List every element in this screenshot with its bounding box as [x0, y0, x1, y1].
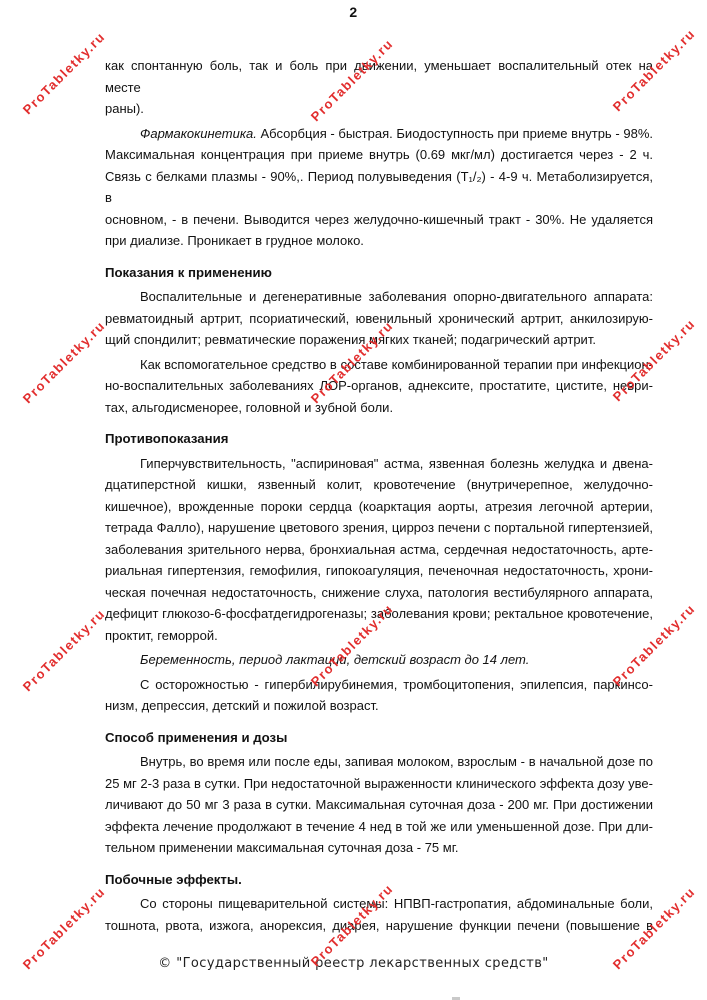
section-heading: Способ применения и дозы [105, 727, 653, 749]
text-line: Со стороны пищеварительной системы: НПВП… [105, 893, 653, 915]
text-line: С осторожностью - гипербилирубинемия, тр… [105, 674, 653, 696]
text-line: но-воспалительных заболеваниях ЛОР-орган… [105, 375, 653, 397]
text-line: низм, депрессия, детский и пожилой возра… [105, 695, 653, 717]
paragraph: как спонтанную боль, так и боль при движ… [105, 55, 653, 120]
paragraph: Воспалительные и дегенеративные заболева… [105, 286, 653, 351]
paragraph: Как вспомогательное средство в составе к… [105, 354, 653, 419]
section-heading: Противопоказания [105, 428, 653, 450]
text-line: основном, - в печени. Выводится через же… [105, 209, 653, 231]
page-number: 2 [0, 4, 707, 20]
footer-copyright: © "Государственный реестр лекарственных … [0, 956, 707, 971]
text-line: Связь с белками плазмы - 90%,. Период по… [105, 166, 653, 209]
text-line: дцатиперстной кишки, язвенный колит, кро… [105, 474, 653, 496]
text-line: Внутрь, во время или после еды, запивая … [105, 751, 653, 773]
text-line: Как вспомогательное средство в составе к… [105, 354, 653, 376]
text-line: тах, альгодисменорее, головной и зубной … [105, 397, 653, 419]
watermark: ProTabletky.ru [20, 318, 108, 406]
watermark: ProTabletky.ru [20, 606, 108, 694]
document-page: 2 как спонтанную боль, так и боль при дв… [0, 0, 707, 1000]
text-line: личивают до 50 мг 3 раза в сутки. Максим… [105, 794, 653, 816]
text-line: Воспалительные и дегенеративные заболева… [105, 286, 653, 308]
text-line: заболевания зрительного нерва, бронхиаль… [105, 539, 653, 561]
text-line: кишечное), врожденные пороки сердца (коа… [105, 496, 653, 518]
paragraph: Фармакокинетика. Абсорбция - быстрая. Би… [105, 123, 653, 252]
text-line: ревматоидный артрит, псориатический, юве… [105, 308, 653, 330]
text-line: дефицит глюкозо-6-фосфатдегидрогеназы; з… [105, 603, 653, 625]
paragraph: С осторожностью - гипербилирубинемия, тр… [105, 674, 653, 717]
paragraph: Со стороны пищеварительной системы: НПВП… [105, 893, 653, 936]
paragraph: Гиперчувствительность, "аспириновая" аст… [105, 453, 653, 647]
text-line: проктит, геморрой. [105, 625, 653, 647]
text-line: Фармакокинетика. Абсорбция - быстрая. Би… [105, 123, 653, 145]
text-line: Гиперчувствительность, "аспириновая" аст… [105, 453, 653, 475]
text-line: тошнота, рвота, изжога, анорексия, диаре… [105, 915, 653, 937]
text-line: 25 мг 2-3 раза в сутки. При недостаточно… [105, 773, 653, 795]
section-heading: Показания к применению [105, 262, 653, 284]
text-line: тетрада Фалло), нарушение цветового зрен… [105, 517, 653, 539]
text-line: ческая почечная недостаточность, снижени… [105, 582, 653, 604]
paragraph: Внутрь, во время или после еды, запивая … [105, 751, 653, 859]
watermark: ProTabletky.ru [20, 29, 108, 117]
text-line: как спонтанную боль, так и боль при движ… [105, 55, 653, 98]
text-line: щий спондилит; ревматические поражения м… [105, 329, 653, 351]
document-body: как спонтанную боль, так и боль при движ… [105, 52, 653, 936]
paragraph: Беременность, период лактации, детский в… [105, 649, 653, 671]
text-line: риальная гипертензия, гемофилия, гипокоа… [105, 560, 653, 582]
text-line: Максимальная концентрация при приеме вну… [105, 144, 653, 166]
text-line: Беременность, период лактации, детский в… [105, 649, 653, 671]
section-heading: Побочные эффекты. [105, 869, 653, 891]
text-line: эффекта лечение продолжают в течение 4 н… [105, 816, 653, 838]
text-line: при диализе. Проникает в грудное молоко. [105, 230, 653, 252]
italic-lead: Фармакокинетика. [140, 126, 257, 141]
text-line: раны). [105, 98, 653, 120]
text-line: тельном применении максимальная суточная… [105, 837, 653, 859]
